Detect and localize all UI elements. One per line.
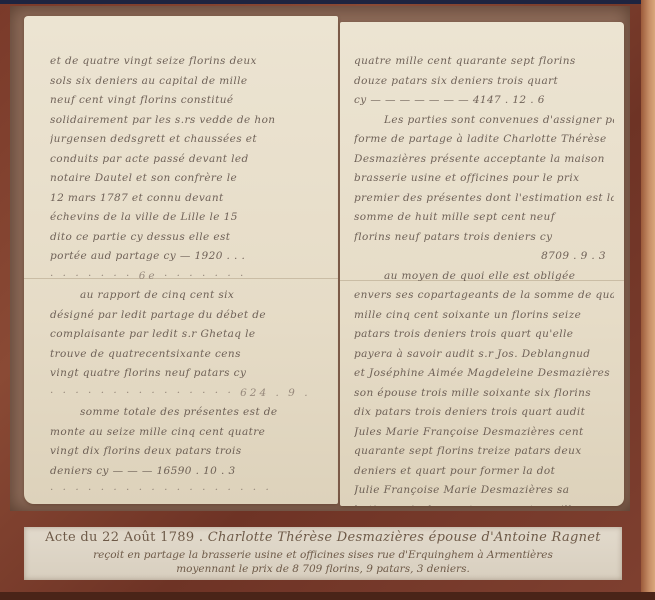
caption-line-2: reçoit en partage la brasserie usine et …	[24, 549, 622, 561]
manuscript-line: 12 mars 1787 et connu devant	[50, 189, 328, 209]
frame-right-edge	[641, 0, 655, 600]
manuscript-line: le tiers prix des quatre quarantes mille	[354, 501, 614, 507]
manuscript-line: neuf cent vingt florins constitué	[50, 91, 328, 111]
frame-bottom-edge	[0, 592, 655, 600]
manuscript-line: · · · · · · · 6e · · · · · · ·	[50, 267, 328, 287]
manuscript-line: échevins de la ville de Lille le 15	[50, 208, 328, 228]
manuscript-line: dito ce partie cy dessus elle est	[50, 228, 328, 248]
right-page-text: quatre mille cent quarante sept florins …	[354, 52, 614, 506]
manuscript-left-page: et de quatre vingt seize florins deux so…	[24, 16, 338, 504]
manuscript-line: brasserie usine et officines pour le pri…	[354, 169, 614, 189]
manuscript-line: trouve de quatrecentsixante cens	[50, 345, 328, 365]
manuscript-line: désigné par ledit partage du débet de	[50, 306, 328, 326]
manuscript-line: portée aud partage cy — 1920 . . .	[50, 247, 328, 267]
manuscript-line: dix patars trois deniers trois quart aud…	[354, 403, 614, 423]
manuscript-line: forme de partage à ladite Charlotte Thér…	[354, 130, 614, 150]
manuscript-line: vingt dix florins deux patars trois	[50, 442, 328, 462]
caption-act-date: Acte du 22 Août 1789 .	[45, 530, 208, 545]
manuscript-line: · · · · · · · · · · · · · · · · · ·	[50, 481, 328, 501]
manuscript-line: Les parties sont convenues d'assigner pa…	[354, 111, 614, 131]
caption-line-1: Acte du 22 Août 1789 . Charlotte Thérèse…	[24, 530, 622, 545]
manuscript-sum: 8709 . 9 . 3	[354, 247, 614, 267]
manuscript-line: quatre mille cent quarante sept florins	[354, 52, 614, 72]
caption-plaque: Acte du 22 Août 1789 . Charlotte Thérèse…	[24, 527, 622, 580]
manuscript-right-page: quatre mille cent quarante sept florins …	[340, 22, 624, 506]
manuscript-line: Jules Marie Françoise Desmazières cent	[354, 423, 614, 443]
manuscript-line: Julie Françoise Marie Desmazières sa	[354, 481, 614, 501]
manuscript-line: vingt quatre florins neuf patars cy	[50, 364, 328, 384]
manuscript-line: notaire Dautel et son confrère le	[50, 169, 328, 189]
manuscript-line: jurgensen dedsgrett et chaussées et	[50, 130, 328, 150]
manuscript-line: somme totale des présentes est de	[50, 403, 328, 423]
manuscript-line: patars trois deniers trois quart qu'elle	[354, 325, 614, 345]
manuscript-line: florins neuf patars trois deniers cy	[354, 228, 614, 248]
manuscript-line: conduits par acte passé devant led	[50, 150, 328, 170]
manuscript-line: complaisante par ledit s.r Ghetaq le	[50, 325, 328, 345]
manuscript-line: et Joséphine Aimée Magdeleine Desmazière…	[354, 364, 614, 384]
manuscript-line: son épouse trois mille soixante six flor…	[354, 384, 614, 404]
left-page-text: et de quatre vingt seize florins deux so…	[50, 52, 328, 504]
manuscript-line: monte au seize mille cinq cent quatre	[50, 423, 328, 443]
manuscript-line: payera à savoir audit s.r Jos. Deblangnu…	[354, 345, 614, 365]
manuscript-line: Desmazières présente acceptante la maiso…	[354, 150, 614, 170]
manuscript-line: deniers cy — — — 16590 . 10 . 3	[50, 462, 328, 482]
manuscript-line: sols six deniers au capital de mille	[50, 72, 328, 92]
manuscript-line: au rapport de cinq cent six	[50, 286, 328, 306]
manuscript-line: mille cinq cent soixante un florins seiz…	[354, 306, 614, 326]
caption-line-3: moyennant le prix de 8 709 florins, 9 pa…	[24, 563, 622, 575]
manuscript-line: solidairement par les s.rs vedde de hon	[50, 111, 328, 131]
manuscript-line: cy — — — — — — — 4147 . 12 . 6	[354, 91, 614, 111]
manuscript-line: quarante sept florins treize patars deux	[354, 442, 614, 462]
manuscript-line: deniers et quart pour former la dot	[354, 462, 614, 482]
manuscript-line: et de quatre vingt seize florins deux	[50, 52, 328, 72]
manuscript-line: premier des présentes dont l'estimation …	[354, 189, 614, 209]
manuscript-line: les petits somme égaux en quatre	[50, 501, 328, 505]
caption-parties: Charlotte Thérèse Desmazières épouse d'A…	[208, 530, 601, 545]
manuscript-line: douze patars six deniers trois quart	[354, 72, 614, 92]
manuscript-line: · · · · · · · · · · · · · · · 624 . 9 .	[50, 384, 328, 404]
manuscript-line: envers ses copartageants de la somme de …	[354, 286, 614, 306]
frame-top-edge	[0, 0, 655, 4]
manuscript-line: somme de huit mille sept cent neuf	[354, 208, 614, 228]
manuscript-line: au moyen de quoi elle est obligée	[354, 267, 614, 287]
